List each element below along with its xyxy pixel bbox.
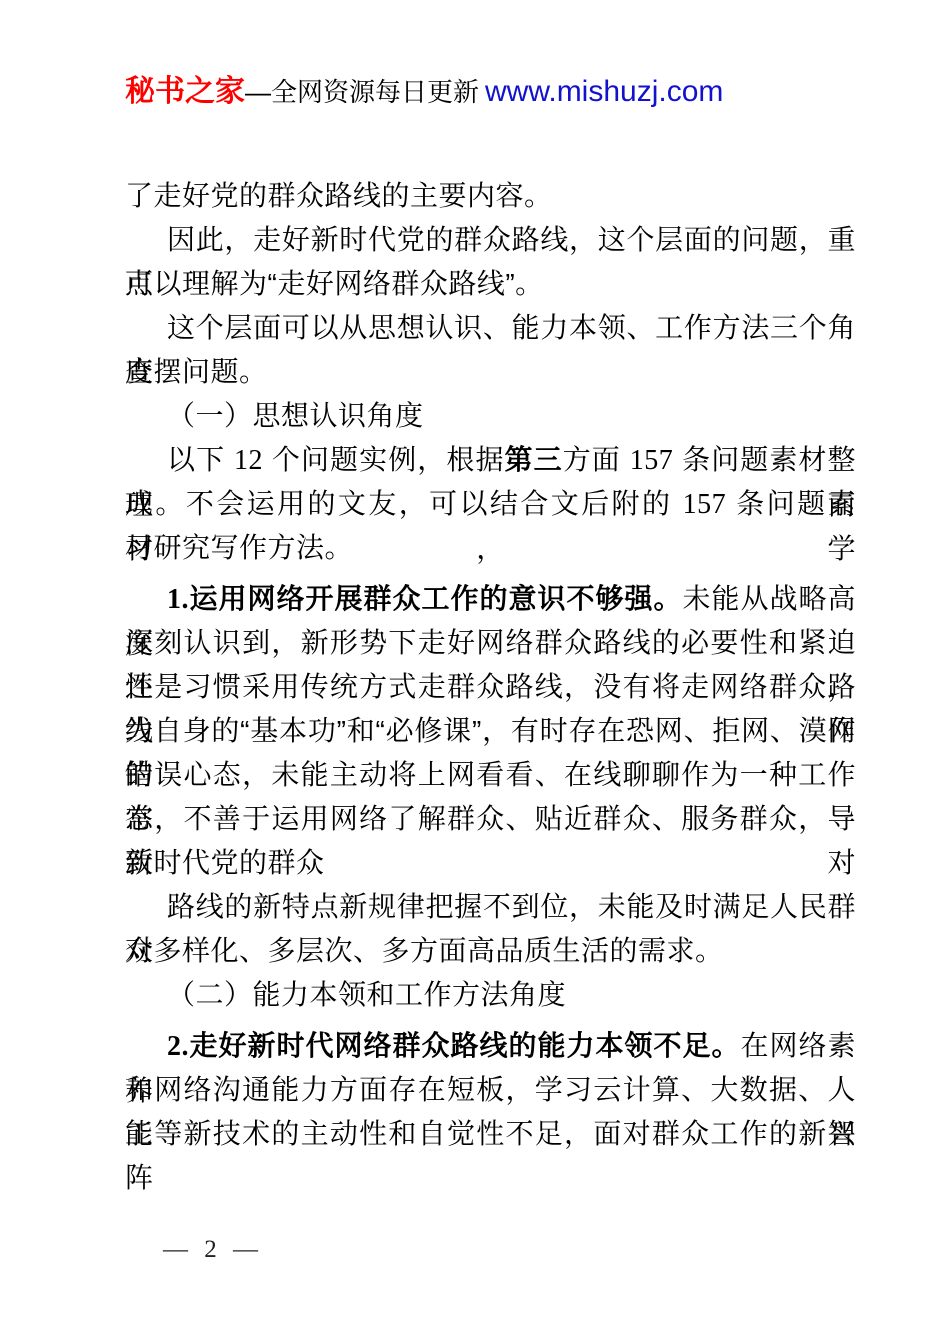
text-segment: 查摆问题。: [125, 356, 268, 387]
text-segment: 了走好党的群众路线的主要内容。: [125, 180, 553, 211]
text-line: 以下 12 个问题实例，根据第三方面 157 条问题素材整理而: [125, 438, 856, 482]
text-segment: 习研究写作方法。: [125, 532, 353, 563]
text-line: 成。不会运用的文友，可以结合文后附的 157 条问题素材，学: [125, 482, 856, 526]
text-segment: 方面: [563, 444, 630, 475]
text-segment: 157: [683, 489, 727, 520]
text-line: 错误心态，未能主动将上网看看、在线聊聊作为一种工作常: [125, 753, 856, 797]
site-url-link[interactable]: www.mishuzj.com: [485, 75, 723, 109]
text-segment: 个问题实例，根据: [263, 444, 505, 475]
text-segment: （一）思想认识角度: [167, 400, 424, 431]
page-header: 秘书之家—全网资源每日更新www.mishuzj.com: [125, 66, 723, 110]
text-segment: 能等新技术的主动性和自觉性不足，面对群众工作的新兴阵: [125, 1118, 856, 1193]
text-line: 1.运用网络开展群众工作的意识不够强。未能从战略高度: [125, 577, 856, 621]
text-line: 因此，走好新时代党的群众路线，这个层面的问题，重点: [125, 218, 856, 262]
text-line: 可以理解为“走好网络群众路线”。: [125, 262, 856, 306]
text-line: 对多样化、多层次、多方面高品质生活的需求。: [125, 929, 856, 973]
text-segment: 对多样化、多层次、多方面高品质生活的需求。: [125, 935, 724, 966]
document-page: { "header": { "brand": "秘书之家", "tagline"…: [0, 0, 950, 1344]
text-line: 这个层面可以从思想认识、能力本领、工作方法三个角度: [125, 306, 856, 350]
text-segment: 以下: [167, 444, 234, 475]
text-line: 了走好党的群众路线的主要内容。: [125, 174, 856, 218]
text-line: 深刻认识到，新形势下走好网络群众路线的必要性和紧迫性，: [125, 621, 856, 665]
brand-name: 秘书之家: [125, 66, 245, 110]
text-line: 为自身的“基本功”和“必修课”，有时存在恐网、拒网、漠网的: [125, 709, 856, 753]
text-segment: 157: [630, 445, 674, 476]
text-segment: （二）能力本领和工作方法角度: [167, 979, 566, 1010]
text-segment: 成。不会运用的文友，可以结合文后附的: [125, 488, 683, 519]
text-segment: 新时代党的群众: [125, 847, 325, 878]
text-line: （一）思想认识角度: [125, 394, 856, 438]
text-line: 态，不善于运用网络了解群众、贴近群众、服务群众，导致对: [125, 797, 856, 841]
text-segment: 1.: [167, 584, 189, 615]
text-line: 路线的新特点新规律把握不到位，未能及时满足人民群众: [125, 885, 856, 929]
text-segment: 第三: [505, 444, 563, 475]
document-body: 了走好党的群众路线的主要内容。因此，走好新时代党的群众路线，这个层面的问题，重点…: [125, 174, 856, 1156]
text-segment: 可以理解为“走好网络群众路线”。: [125, 268, 544, 299]
text-line: （二）能力本领和工作方法角度: [125, 973, 856, 1017]
text-line: 和网络沟通能力方面存在短板，学习云计算、大数据、人工智: [125, 1068, 856, 1112]
text-segment: 12: [234, 445, 263, 476]
text-line: 还是习惯采用传统方式走群众路线，没有将走网络群众路线作: [125, 665, 856, 709]
text-segment: 走好新时代网络群众路线的能力本领不足。: [189, 1030, 740, 1061]
header-tagline: —全网资源每日更新: [245, 72, 479, 109]
text-line: 2.走好新时代网络群众路线的能力本领不足。在网络素养: [125, 1024, 856, 1068]
page-number: — 2 —: [163, 1236, 259, 1264]
text-segment: 运用网络开展群众工作的意识不够强。: [189, 583, 682, 614]
text-line: 能等新技术的主动性和自觉性不足，面对群众工作的新兴阵: [125, 1112, 856, 1156]
text-line: 查摆问题。: [125, 350, 856, 394]
text-segment: 2.: [167, 1031, 189, 1062]
